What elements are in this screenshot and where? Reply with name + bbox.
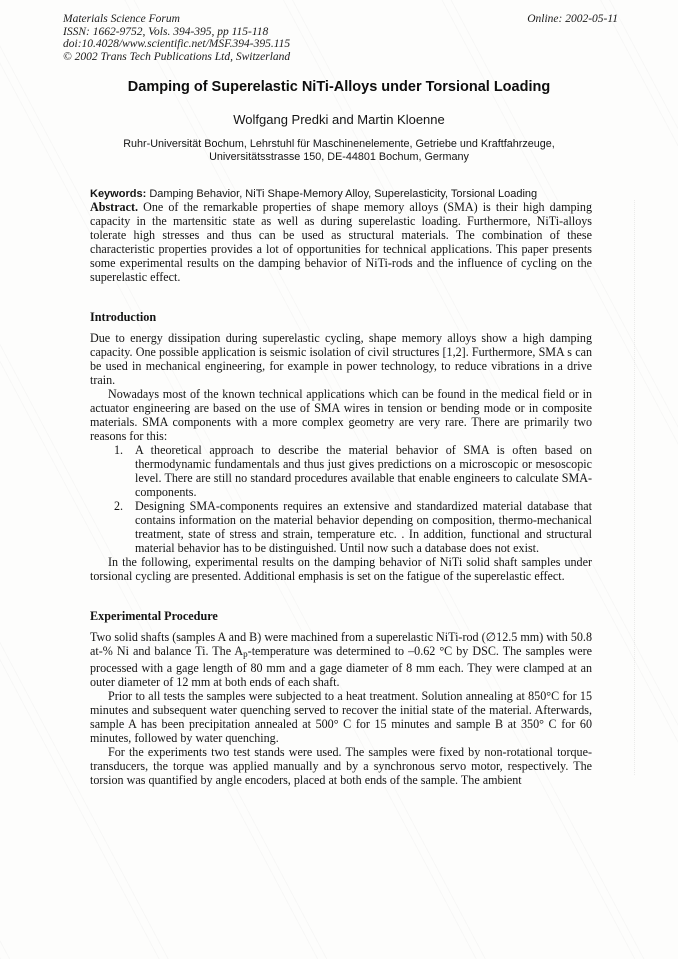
list-item-text: A theoretical approach to describe the m… bbox=[135, 443, 592, 499]
abstract-label: Abstract. bbox=[90, 200, 138, 214]
paper-title: Damping of Superelastic NiTi-Alloys unde… bbox=[70, 79, 608, 95]
keywords-line: Keywords: Damping Behavior, NiTi Shape-M… bbox=[90, 188, 592, 200]
abstract-text: One of the remarkable properties of shap… bbox=[90, 200, 592, 284]
publication-header: Materials Science Forum ISSN: 1662-9752,… bbox=[63, 13, 618, 63]
paper-body: Abstract. One of the remarkable properti… bbox=[90, 200, 592, 787]
section-heading-experimental-procedure: Experimental Procedure bbox=[90, 609, 592, 623]
journal-name: Materials Science Forum bbox=[63, 13, 290, 26]
authors: Wolfgang Predki and Martin Kloenne bbox=[0, 112, 678, 127]
copyright-line: © 2002 Trans Tech Publications Ltd, Swit… bbox=[63, 51, 290, 64]
experimental-paragraph-3: For the experiments two test stands were… bbox=[90, 745, 592, 787]
keywords-label: Keywords: bbox=[90, 188, 146, 200]
section-heading-introduction: Introduction bbox=[90, 310, 592, 324]
keywords-text: Damping Behavior, NiTi Shape-Memory Allo… bbox=[149, 188, 537, 200]
abstract-paragraph: Abstract. One of the remarkable properti… bbox=[90, 200, 592, 284]
doi-line: doi:10.4028/www.scientific.net/MSF.394-3… bbox=[63, 38, 290, 51]
publication-info: Materials Science Forum ISSN: 1662-9752,… bbox=[63, 13, 290, 63]
list-item: 2. Designing SMA-components requires an … bbox=[90, 499, 592, 555]
affiliation-line1: Ruhr-Universität Bochum, Lehrstuhl für M… bbox=[123, 138, 555, 150]
experimental-paragraph-1: Two solid shafts (samples A and B) were … bbox=[90, 630, 592, 689]
scan-artifact-line bbox=[634, 200, 635, 775]
introduction-paragraph-1: Due to energy dissipation during superel… bbox=[90, 331, 592, 387]
list-item-number: 2. bbox=[114, 499, 123, 513]
affiliation: Ruhr-Universität Bochum, Lehrstuhl für M… bbox=[0, 138, 678, 164]
list-item-number: 1. bbox=[114, 443, 123, 457]
introduction-numbered-list: 1. A theoretical approach to describe th… bbox=[90, 443, 592, 555]
introduction-paragraph-3: In the following, experimental results o… bbox=[90, 555, 592, 583]
introduction-paragraph-2: Nowadays most of the known technical app… bbox=[90, 387, 592, 443]
list-item-text: Designing SMA-components requires an ext… bbox=[135, 499, 592, 555]
affiliation-line2: Universitätsstrasse 150, DE-44801 Bochum… bbox=[209, 151, 469, 163]
experimental-paragraph-2: Prior to all tests the samples were subj… bbox=[90, 689, 592, 745]
list-item: 1. A theoretical approach to describe th… bbox=[90, 443, 592, 499]
document-page: Materials Science Forum ISSN: 1662-9752,… bbox=[0, 0, 678, 959]
online-date: Online: 2002-05-11 bbox=[527, 13, 618, 26]
issn-line: ISSN: 1662-9752, Vols. 394-395, pp 115-1… bbox=[63, 26, 290, 39]
